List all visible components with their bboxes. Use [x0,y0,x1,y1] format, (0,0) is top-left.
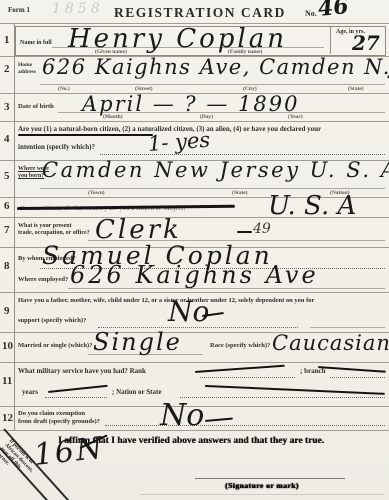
date-of-birth-label: Date of birth [18,103,54,110]
dependents-question-line2: support (specify which)? [18,317,86,324]
handwritten-dash [237,231,252,233]
married-value: Single [93,330,182,354]
divider [0,121,389,122]
country-value: U. S. A [268,193,356,219]
exemption-answer-line [105,425,385,426]
row-number-1: 1 [4,34,10,46]
nation-answer-line [180,397,385,398]
handwritten-dash [48,385,108,393]
card-no-label: No. [305,10,317,19]
where-employed-label: Where employed? [18,276,68,283]
row-number-3: 3 [4,101,10,113]
divider [0,292,389,293]
nation-state-label: ; Nation or State [112,389,161,397]
handwritten-dash [205,418,233,422]
row-number-2: 2 [4,63,10,75]
row-number-11: 11 [2,375,12,387]
state-sublabel: (State) [348,86,364,92]
no-sublabel: (No.) [58,86,70,92]
born-answer-line [40,188,385,189]
branch-label: ; branch [300,368,325,376]
handwritten-dash [205,385,385,395]
handwritten-underline [18,134,153,136]
citizenship-answer-line [100,154,385,155]
years-label: years [22,389,38,397]
row-number-12: 12 [2,412,13,424]
married-label: Married or single (which)? [18,342,92,349]
date-of-birth-value: April — ? — 1890 [82,94,299,115]
occupation-value: Clerk [95,217,182,243]
exemption-value: No [160,401,204,431]
citizenship-value: 1- yes [147,130,211,155]
row-number-6: 6 [4,200,10,212]
row-number-5: 5 [4,170,10,182]
dependents-answer-line-2 [310,327,385,328]
exemption-label-2: from draft (specify grounds)? [18,418,100,425]
citizenship-question-line2: intention (specify which)? [18,144,95,152]
address-answer-line [40,84,385,85]
exemption-label-1: Do you claim exemption [18,410,85,417]
faint-handwritten-mark: 1858 [52,2,104,16]
years-answer-line [45,397,107,398]
bottom-edge-line [140,494,385,495]
race-label: Race (specify which)? [210,342,270,349]
card-no-value: 46 [317,0,350,20]
born-label-2: you born? [18,173,44,180]
row-number-10: 10 [2,340,13,352]
card-title: REGISTRATION CARD [114,6,286,21]
handwritten-dash [195,365,285,373]
handwritten-dash [318,366,386,373]
race-value: Caucasian [272,333,389,354]
dependents-value: No [168,298,209,326]
number-column-rule [14,24,15,431]
occupation-note: 49 [253,222,271,236]
age-divider [330,26,331,54]
signature-label: (Signature or mark) [225,481,299,490]
row-number-9: 9 [4,305,10,317]
divider [0,362,389,363]
rank-answer-line [200,377,295,378]
where-employed-value: 626 Kaighns Ave [70,263,319,287]
form-number-label: Form 1 [8,7,30,15]
born-value: Camden New Jersey U. S. A. [42,160,389,181]
name-value: Henry Coplan [68,26,287,52]
military-question: What military service have you had? Rank [18,368,146,376]
registration-card: Form 1 1858 REGISTRATION CARD No. 46 1 N… [0,0,389,500]
row-number-4: 4 [4,133,10,145]
occupation-label-1: What is your present [18,223,72,230]
row-number-7: 7 [4,224,10,236]
row-number-8: 8 [4,260,10,272]
town-sublabel: (Town) [88,190,105,196]
signature-line [195,478,345,479]
home-address-label-2: address [18,69,36,75]
dependents-question-line1: Have you a father, mother, wife, child u… [18,297,314,304]
occupation-label-2: trade, occupation, or office? [18,230,90,237]
home-address-value: 626 Kaighns Ave, Camden N.J. [42,57,389,78]
branch-answer-line [330,377,385,378]
name-label: Name in full [20,40,52,47]
home-address-label-1: Home [18,62,32,68]
age-value: 27 [352,33,380,53]
state-sublabel-2: (State) [232,190,248,196]
